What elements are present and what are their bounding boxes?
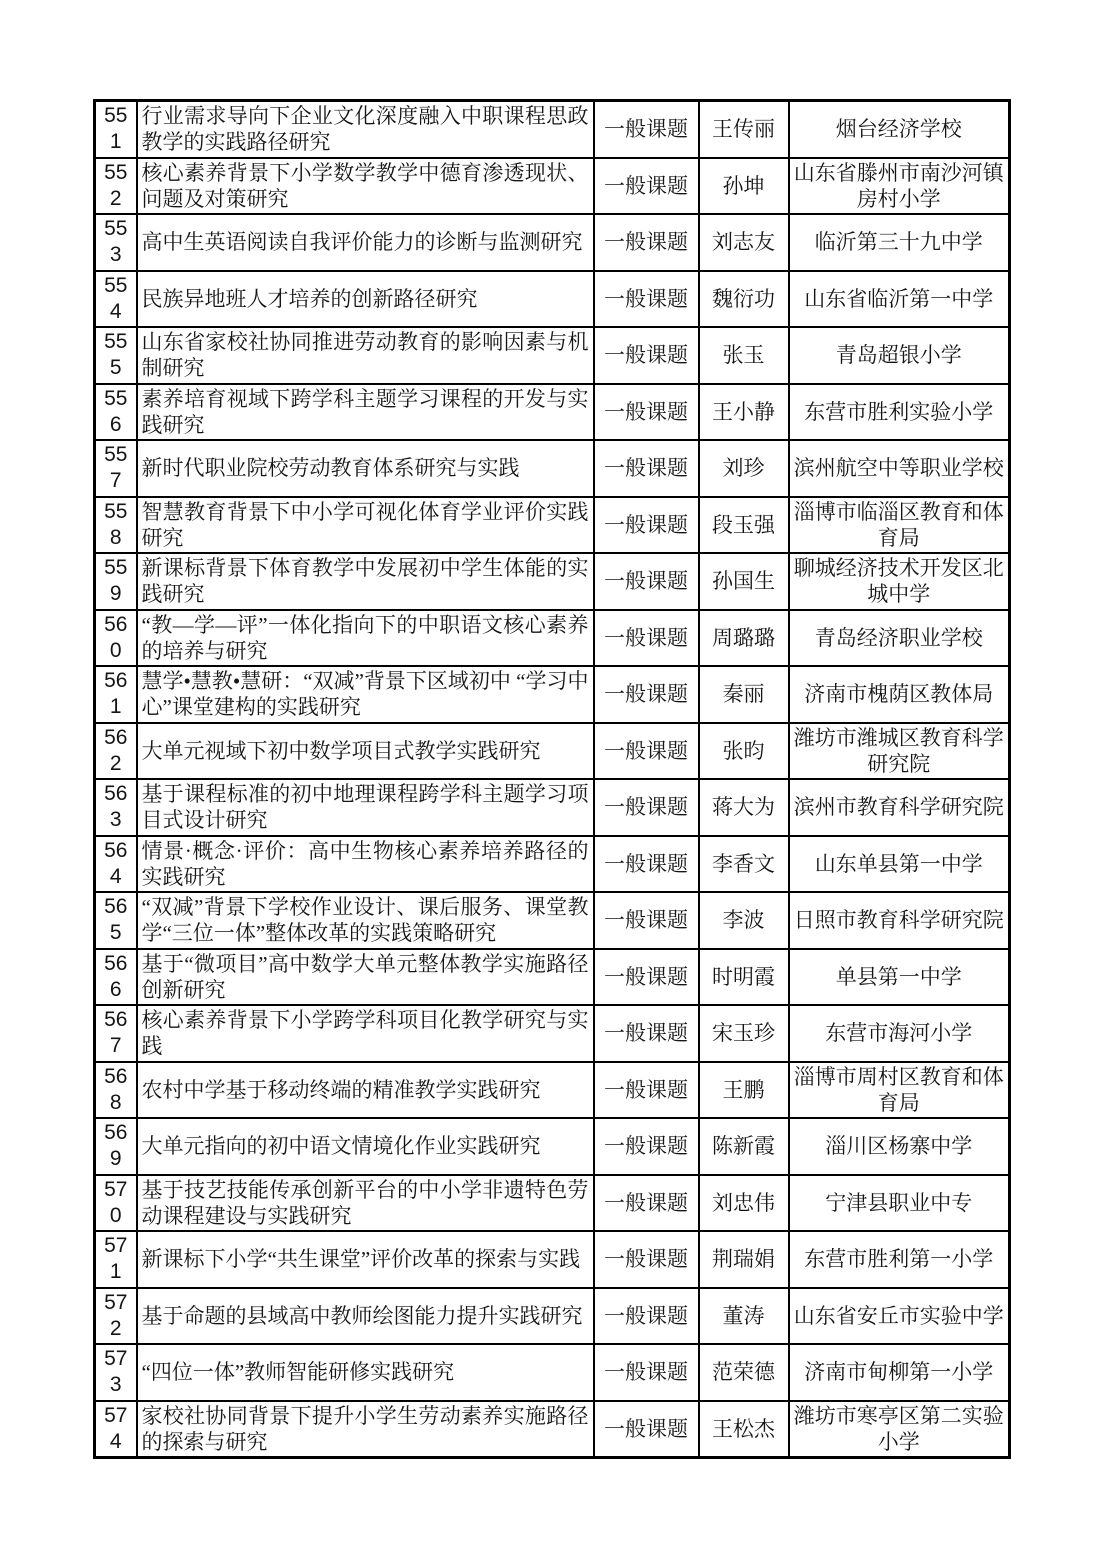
table-row: 567 核心素养背景下小学跨学科项目化教学研究与实践 一般课题 宋玉珍 东营市海…	[95, 1005, 1010, 1062]
project-title: 民族异地班人才培养的创新路径研究	[137, 271, 594, 328]
project-institution: 烟台经济学校	[789, 101, 1010, 158]
table-row: 572 基于命题的县域高中教师绘图能力提升实践研究 一般课题 董涛 山东省安丘市…	[95, 1288, 1010, 1345]
serial-number: 551	[95, 101, 137, 158]
project-institution: 山东单县第一中学	[789, 836, 1010, 893]
project-category: 一般课题	[594, 271, 699, 328]
table-row: 565 “双减”背景下学校作业设计、课后服务、课堂教学“三位一体”整体改革的实践…	[95, 892, 1010, 949]
project-institution: 济南市甸柳第一小学	[789, 1344, 1010, 1401]
serial-number: 559	[95, 553, 137, 610]
projects-table: 551 行业需求导向下企业文化深度融入中职课程思政教学的实践路径研究 一般课题 …	[93, 99, 1011, 1459]
serial-number: 565	[95, 892, 137, 949]
project-institution: 青岛超银小学	[789, 327, 1010, 384]
project-leader: 张玉	[699, 327, 789, 384]
project-leader: 孙坤	[699, 158, 789, 215]
serial-number: 561	[95, 666, 137, 723]
project-leader: 李香文	[699, 836, 789, 893]
table-row: 551 行业需求导向下企业文化深度融入中职课程思政教学的实践路径研究 一般课题 …	[95, 101, 1010, 158]
table-row: 557 新时代职业院校劳动教育体系研究与实践 一般课题 刘珍 滨州航空中等职业学…	[95, 440, 1010, 497]
table-row: 553 高中生英语阅读自我评价能力的诊断与监测研究 一般课题 刘志友 临沂第三十…	[95, 214, 1010, 271]
serial-number: 556	[95, 384, 137, 441]
table-row: 554 民族异地班人才培养的创新路径研究 一般课题 魏衍功 山东省临沂第一中学	[95, 271, 1010, 328]
project-title: 新课标背景下体育教学中发展初中学生体能的实践研究	[137, 553, 594, 610]
project-institution: 山东省安丘市实验中学	[789, 1288, 1010, 1345]
table-row: 552 核心素养背景下小学数学教学中德育渗透现状、问题及对策研究 一般课题 孙坤…	[95, 158, 1010, 215]
serial-number: 557	[95, 440, 137, 497]
project-leader: 荆瑞娟	[699, 1231, 789, 1288]
serial-number: 562	[95, 723, 137, 780]
project-institution: 宁津县职业中专	[789, 1175, 1010, 1232]
project-leader: 刘珍	[699, 440, 789, 497]
project-category: 一般课题	[594, 1401, 699, 1458]
project-leader: 陈新霞	[699, 1118, 789, 1175]
project-leader: 时明霞	[699, 949, 789, 1006]
project-title: 山东省家校社协同推进劳动教育的影响因素与机制研究	[137, 327, 594, 384]
project-category: 一般课题	[594, 1175, 699, 1232]
project-institution: 潍坊市寒亭区第二实验小学	[789, 1401, 1010, 1458]
project-leader: 李波	[699, 892, 789, 949]
project-leader: 蒋大为	[699, 779, 789, 836]
serial-number: 568	[95, 1062, 137, 1119]
serial-number: 563	[95, 779, 137, 836]
project-institution: 济南市槐荫区教体局	[789, 666, 1010, 723]
table-row: 566 基于“微项目”高中数学大单元整体教学实施路径创新研究 一般课题 时明霞 …	[95, 949, 1010, 1006]
project-title: 基于命题的县域高中教师绘图能力提升实践研究	[137, 1288, 594, 1345]
project-title: 大单元指向的初中语文情境化作业实践研究	[137, 1118, 594, 1175]
project-institution: 山东省滕州市南沙河镇房村小学	[789, 158, 1010, 215]
project-title: “四位一体”教师智能研修实践研究	[137, 1344, 594, 1401]
project-leader: 魏衍功	[699, 271, 789, 328]
project-leader: 段玉强	[699, 497, 789, 554]
project-title: “双减”背景下学校作业设计、课后服务、课堂教学“三位一体”整体改革的实践策略研究	[137, 892, 594, 949]
project-leader: 宋玉珍	[699, 1005, 789, 1062]
serial-number: 571	[95, 1231, 137, 1288]
table-row: 571 新课标下小学“共生课堂”评价改革的探索与实践 一般课题 荆瑞娟 东营市胜…	[95, 1231, 1010, 1288]
project-category: 一般课题	[594, 440, 699, 497]
serial-number: 573	[95, 1344, 137, 1401]
project-institution: 东营市海河小学	[789, 1005, 1010, 1062]
project-institution: 潍坊市潍城区教育科学研究院	[789, 723, 1010, 780]
table-row: 569 大单元指向的初中语文情境化作业实践研究 一般课题 陈新霞 淄川区杨寨中学	[95, 1118, 1010, 1175]
table-row: 558 智慧教育背景下中小学可视化体育学业评价实践研究 一般课题 段玉强 淄博市…	[95, 497, 1010, 554]
project-category: 一般课题	[594, 158, 699, 215]
serial-number: 569	[95, 1118, 137, 1175]
project-category: 一般课题	[594, 1288, 699, 1345]
project-category: 一般课题	[594, 1231, 699, 1288]
serial-number: 558	[95, 497, 137, 554]
project-leader: 王鹏	[699, 1062, 789, 1119]
project-institution: 东营市胜利第一小学	[789, 1231, 1010, 1288]
project-title: 慧学•慧教•慧研：“双减”背景下区域初中 “学习中心”课堂建构的实践研究	[137, 666, 594, 723]
project-institution: 滨州航空中等职业学校	[789, 440, 1010, 497]
project-institution: 青岛经济职业学校	[789, 610, 1010, 667]
serial-number: 566	[95, 949, 137, 1006]
project-title: 基于“微项目”高中数学大单元整体教学实施路径创新研究	[137, 949, 594, 1006]
project-category: 一般课题	[594, 610, 699, 667]
project-category: 一般课题	[594, 327, 699, 384]
project-institution: 东营市胜利实验小学	[789, 384, 1010, 441]
table-row: 559 新课标背景下体育教学中发展初中学生体能的实践研究 一般课题 孙国生 聊城…	[95, 553, 1010, 610]
project-title: 高中生英语阅读自我评价能力的诊断与监测研究	[137, 214, 594, 271]
project-category: 一般课题	[594, 1005, 699, 1062]
project-leader: 董涛	[699, 1288, 789, 1345]
serial-number: 564	[95, 836, 137, 893]
project-category: 一般课题	[594, 553, 699, 610]
table-row: 561 慧学•慧教•慧研：“双减”背景下区域初中 “学习中心”课堂建构的实践研究…	[95, 666, 1010, 723]
project-leader: 张昀	[699, 723, 789, 780]
project-title: 情景·概念·评价：高中生物核心素养培养路径的实践研究	[137, 836, 594, 893]
project-category: 一般课题	[594, 723, 699, 780]
projects-table-container: 551 行业需求导向下企业文化深度融入中职课程思政教学的实践路径研究 一般课题 …	[93, 99, 1008, 1459]
project-category: 一般课题	[594, 1118, 699, 1175]
project-leader: 范荣德	[699, 1344, 789, 1401]
project-category: 一般课题	[594, 384, 699, 441]
project-category: 一般课题	[594, 949, 699, 1006]
project-institution: 淄川区杨寨中学	[789, 1118, 1010, 1175]
project-leader: 刘忠伟	[699, 1175, 789, 1232]
project-category: 一般课题	[594, 101, 699, 158]
project-title: 核心素养背景下小学跨学科项目化教学研究与实践	[137, 1005, 594, 1062]
table-row: 574 家校社协同背景下提升小学生劳动素养实施路径的探索与研究 一般课题 王松杰…	[95, 1401, 1010, 1458]
project-title: 智慧教育背景下中小学可视化体育学业评价实践研究	[137, 497, 594, 554]
project-leader: 刘志友	[699, 214, 789, 271]
project-category: 一般课题	[594, 214, 699, 271]
project-leader: 孙国生	[699, 553, 789, 610]
table-row: 573 “四位一体”教师智能研修实践研究 一般课题 范荣德 济南市甸柳第一小学	[95, 1344, 1010, 1401]
project-category: 一般课题	[594, 779, 699, 836]
serial-number: 570	[95, 1175, 137, 1232]
table-row: 562 大单元视域下初中数学项目式教学实践研究 一般课题 张昀 潍坊市潍城区教育…	[95, 723, 1010, 780]
project-title: 素养培育视域下跨学科主题学习课程的开发与实践研究	[137, 384, 594, 441]
project-title: 基于技艺技能传承创新平台的中小学非遗特色劳动课程建设与实践研究	[137, 1175, 594, 1232]
table-row: 563 基于课程标准的初中地理课程跨学科主题学习项目式设计研究 一般课题 蒋大为…	[95, 779, 1010, 836]
project-title: 农村中学基于移动终端的精准教学实践研究	[137, 1062, 594, 1119]
project-leader: 秦丽	[699, 666, 789, 723]
serial-number: 567	[95, 1005, 137, 1062]
project-institution: 山东省临沂第一中学	[789, 271, 1010, 328]
table-row: 564 情景·概念·评价：高中生物核心素养培养路径的实践研究 一般课题 李香文 …	[95, 836, 1010, 893]
project-institution: 滨州市教育科学研究院	[789, 779, 1010, 836]
project-leader: 王松杰	[699, 1401, 789, 1458]
table-row: 570 基于技艺技能传承创新平台的中小学非遗特色劳动课程建设与实践研究 一般课题…	[95, 1175, 1010, 1232]
project-leader: 周璐璐	[699, 610, 789, 667]
project-leader: 王传丽	[699, 101, 789, 158]
project-title: 基于课程标准的初中地理课程跨学科主题学习项目式设计研究	[137, 779, 594, 836]
project-category: 一般课题	[594, 666, 699, 723]
project-institution: 淄博市临淄区教育和体育局	[789, 497, 1010, 554]
project-title: 家校社协同背景下提升小学生劳动素养实施路径的探索与研究	[137, 1401, 594, 1458]
project-category: 一般课题	[594, 892, 699, 949]
serial-number: 560	[95, 610, 137, 667]
table-row: 556 素养培育视域下跨学科主题学习课程的开发与实践研究 一般课题 王小静 东营…	[95, 384, 1010, 441]
project-institution: 日照市教育科学研究院	[789, 892, 1010, 949]
document-page: 551 行业需求导向下企业文化深度融入中职课程思政教学的实践路径研究 一般课题 …	[0, 0, 1106, 1565]
table-body: 551 行业需求导向下企业文化深度融入中职课程思政教学的实践路径研究 一般课题 …	[95, 101, 1010, 1458]
serial-number: 574	[95, 1401, 137, 1458]
table-row: 555 山东省家校社协同推进劳动教育的影响因素与机制研究 一般课题 张玉 青岛超…	[95, 327, 1010, 384]
project-title: 新课标下小学“共生课堂”评价改革的探索与实践	[137, 1231, 594, 1288]
serial-number: 553	[95, 214, 137, 271]
serial-number: 555	[95, 327, 137, 384]
serial-number: 554	[95, 271, 137, 328]
project-institution: 临沂第三十九中学	[789, 214, 1010, 271]
project-title: 行业需求导向下企业文化深度融入中职课程思政教学的实践路径研究	[137, 101, 594, 158]
project-leader: 王小静	[699, 384, 789, 441]
project-category: 一般课题	[594, 1062, 699, 1119]
serial-number: 572	[95, 1288, 137, 1345]
project-category: 一般课题	[594, 497, 699, 554]
table-row: 560 “教—学—评”一体化指向下的中职语文核心素养的培养与研究 一般课题 周璐…	[95, 610, 1010, 667]
project-title: 大单元视域下初中数学项目式教学实践研究	[137, 723, 594, 780]
project-institution: 聊城经济技术开发区北城中学	[789, 553, 1010, 610]
serial-number: 552	[95, 158, 137, 215]
project-title: 核心素养背景下小学数学教学中德育渗透现状、问题及对策研究	[137, 158, 594, 215]
table-row: 568 农村中学基于移动终端的精准教学实践研究 一般课题 王鹏 淄博市周村区教育…	[95, 1062, 1010, 1119]
project-title: “教—学—评”一体化指向下的中职语文核心素养的培养与研究	[137, 610, 594, 667]
project-title: 新时代职业院校劳动教育体系研究与实践	[137, 440, 594, 497]
project-institution: 淄博市周村区教育和体育局	[789, 1062, 1010, 1119]
project-category: 一般课题	[594, 1344, 699, 1401]
project-category: 一般课题	[594, 836, 699, 893]
project-institution: 单县第一中学	[789, 949, 1010, 1006]
